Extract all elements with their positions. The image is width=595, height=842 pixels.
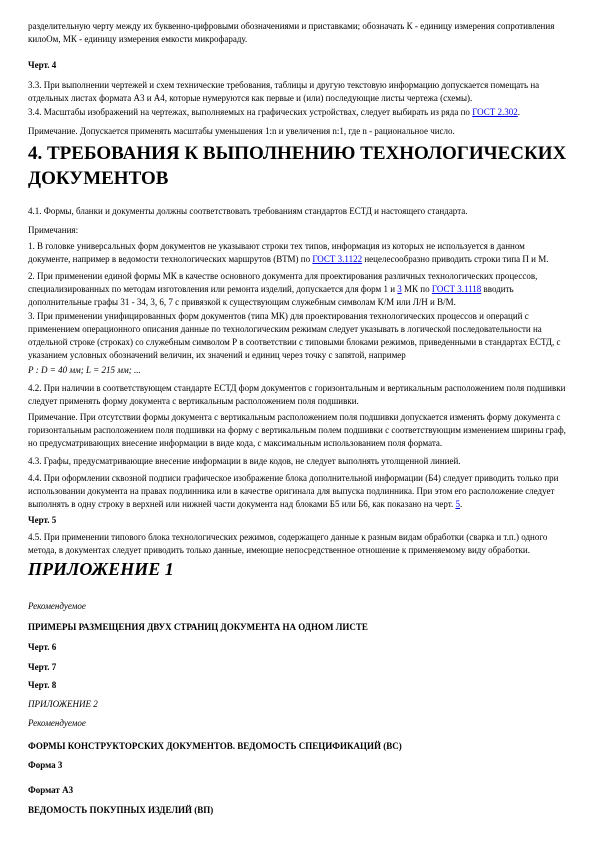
link-gost-3-1122[interactable]: ГОСТ 3.1122 — [312, 254, 362, 264]
paragraph-3-4-tail: . — [518, 107, 520, 117]
vp-heading: ВЕДОМОСТЬ ПОКУПНЫХ ИЗДЕЛИЙ (ВП) — [28, 804, 569, 817]
appendix-2-title: ПРИЛОЖЕНИЕ 2 — [28, 698, 569, 711]
appendix-2-subtitle: Рекомендуемое — [28, 717, 569, 730]
paragraph-3-3: 3.3. При выполнении чертежей и схем техн… — [28, 79, 569, 105]
paragraph-intro: разделительную черту между их буквенно-ц… — [28, 20, 569, 46]
paragraph-4-4-text: 4.4. При оформлении сквозной подписи гра… — [28, 473, 558, 509]
form-3-label: Форма 3 — [28, 759, 569, 772]
paragraph-3-4: 3.4. Масштабы изображений на чертежах, в… — [28, 106, 569, 119]
note-4-2: Примечание. При отсутствии формы докумен… — [28, 411, 569, 450]
figure-caption-8: Черт. 8 — [28, 679, 569, 692]
figure-caption-7: Черт. 7 — [28, 661, 569, 674]
figure-caption-6: Черт. 6 — [28, 641, 569, 654]
document-page: разделительную черту между их буквенно-ц… — [0, 0, 595, 842]
link-gost-3-1118[interactable]: ГОСТ 3.1118 — [432, 284, 481, 294]
section-4-heading: 4. ТРЕБОВАНИЯ К ВЫПОЛНЕНИЮ ТЕХНОЛОГИЧЕСК… — [28, 141, 569, 191]
paragraph-4-4: 4.4. При оформлении сквозной подписи гра… — [28, 472, 569, 511]
note-3: 3. При применении унифицированных форм д… — [28, 310, 569, 362]
paragraph-4-4-tail: . — [460, 499, 462, 509]
appendix-1-title: ПРИЛОЖЕНИЕ 1 — [28, 558, 569, 580]
paragraph-4-5: 4.5. При применении типового блока техно… — [28, 531, 569, 557]
paragraph-4-3: 4.3. Графы, предусматривающие внесение и… — [28, 455, 569, 468]
notes-label: Примечания: — [28, 224, 569, 237]
paragraph-4-2: 4.2. При наличии в соответствующем станд… — [28, 382, 569, 408]
link-gost-2-302[interactable]: ГОСТ 2.302 — [472, 107, 518, 117]
paragraph-4-1: 4.1. Формы, бланки и документы должны со… — [28, 205, 569, 218]
format-a3-label: Формат А3 — [28, 784, 569, 797]
appendix-1-heading: ПРИМЕРЫ РАЗМЕЩЕНИЯ ДВУХ СТРАНИЦ ДОКУМЕНТ… — [28, 621, 569, 634]
formula-example: Р : D = 40 мм; L = 215 мм; ... — [28, 364, 569, 377]
appendix-1-subtitle: Рекомендуемое — [28, 600, 569, 613]
note-1: 1. В головке универсальных форм документ… — [28, 240, 569, 266]
figure-caption-4: Черт. 4 — [28, 59, 569, 72]
note-2: 2. При применении единой формы МК в каче… — [28, 270, 569, 309]
figure-caption-5: Черт. 5 — [28, 514, 569, 527]
note-1-tail: нецелесообразно приводить строки типа П … — [362, 254, 548, 264]
note-2-mid: МК по — [402, 284, 432, 294]
note-3-4: Примечание. Допускается применять масшта… — [28, 125, 569, 138]
paragraph-3-4-text: 3.4. Масштабы изображений на чертежах, в… — [28, 107, 472, 117]
appendix-2-heading: ФОРМЫ КОНСТРУКТОРСКИХ ДОКУМЕНТОВ. ВЕДОМО… — [28, 740, 569, 753]
